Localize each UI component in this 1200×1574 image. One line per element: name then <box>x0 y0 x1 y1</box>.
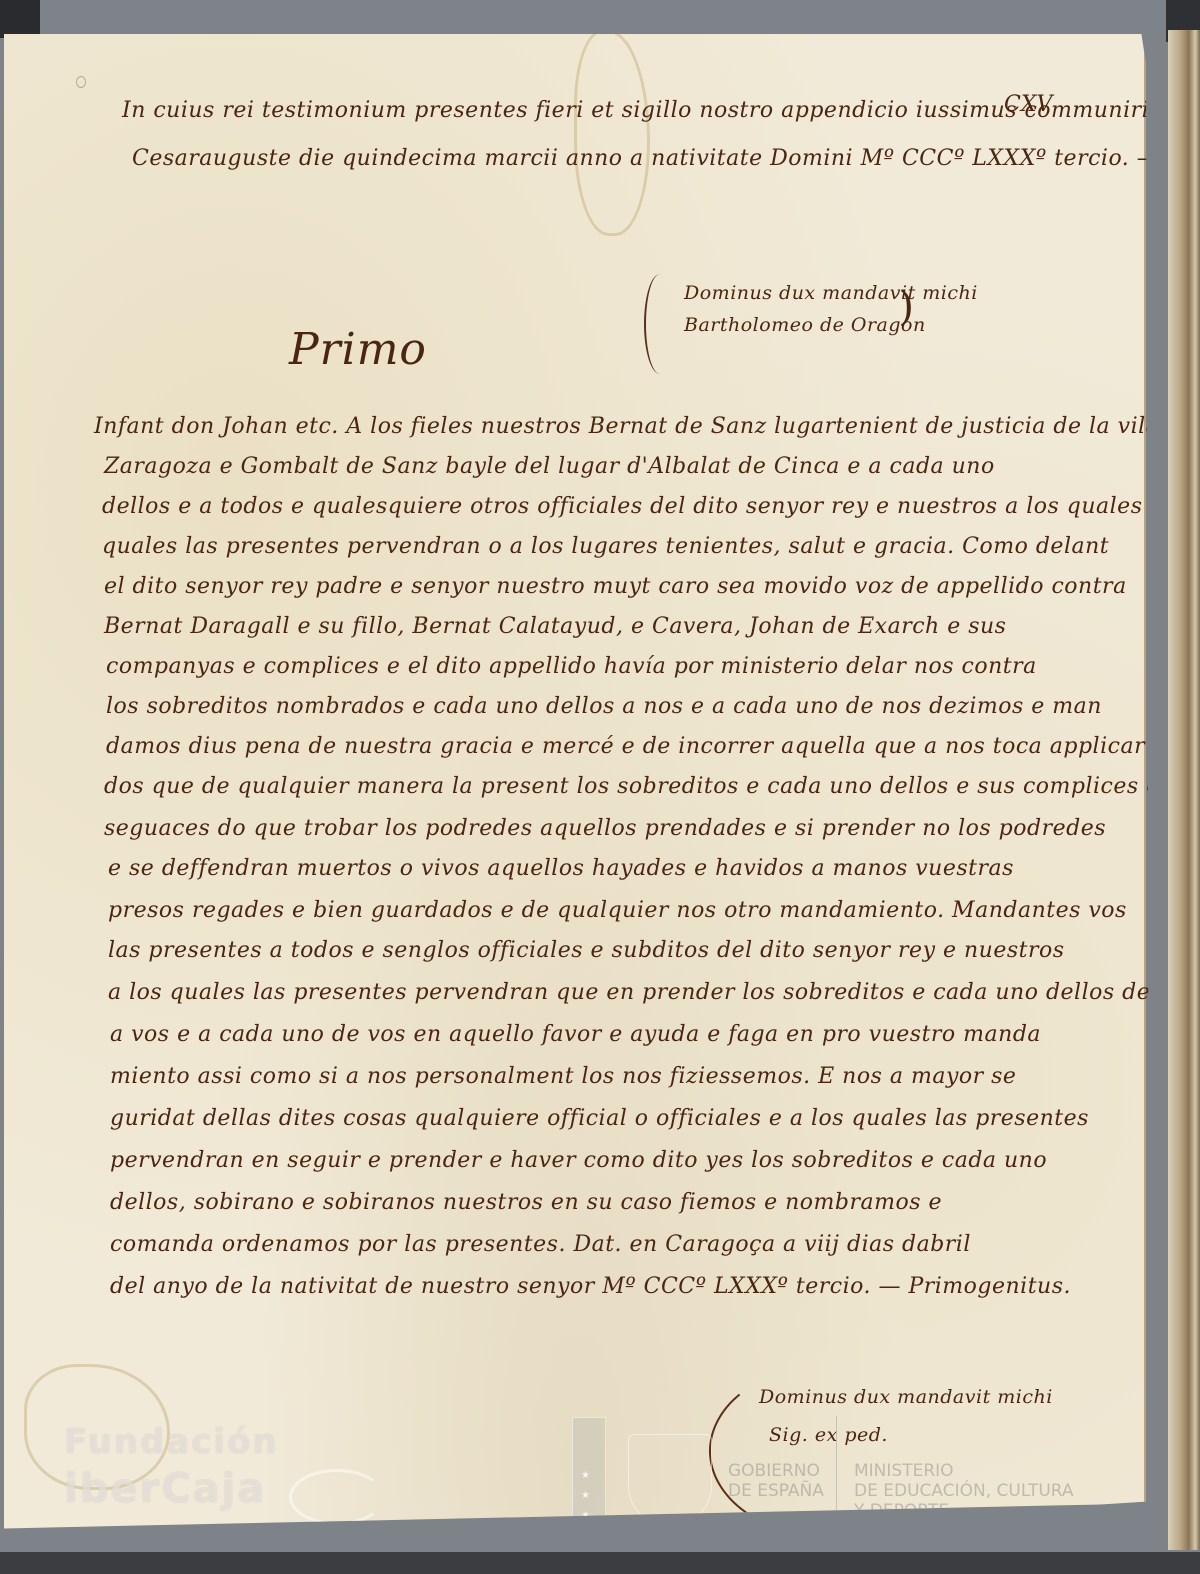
bracket-icon <box>644 274 676 374</box>
intitulatio: Primo <box>289 324 427 375</box>
gov-line: DE ESPAÑA <box>728 1481 824 1501</box>
watermark-ibercaja: iberCaja <box>64 1466 266 1512</box>
signature-line: Sig. ex ped. <box>769 1424 888 1446</box>
ibercaja-logo-icon <box>289 1469 385 1525</box>
body-line: comanda ordenamos por las presentes. Dat… <box>110 1232 971 1257</box>
note-line: Bartholomeo de Oragon <box>684 314 926 336</box>
body-line: damos dius pena de nuestra gracia e merc… <box>106 734 1145 759</box>
body-line: miento assi como si a nos personalment l… <box>110 1064 1016 1089</box>
book-binding-edge <box>1168 30 1200 1550</box>
ministry-line: MINISTERIO <box>854 1461 1074 1481</box>
watermark-fundacion: Fundación <box>64 1422 279 1462</box>
body-line: pervendran en seguir e prender e haver c… <box>110 1148 1047 1173</box>
body-line: Infant don Johan etc. A los fieles nuest… <box>94 414 1195 439</box>
spain-coat-of-arms-icon <box>628 1434 712 1526</box>
watermark-ministerio: MINISTERIO DE EDUCACIÓN, CULTURA Y DEPOR… <box>854 1461 1074 1521</box>
body-line: a vos e a cada uno de vos en aquello fav… <box>110 1022 1041 1047</box>
body-line: del anyo de la nativitat de nuestro seny… <box>110 1274 1071 1299</box>
body-line: los sobreditos nombrados e cada uno dell… <box>106 694 1102 719</box>
water-stain <box>574 30 650 236</box>
gov-line: GOBIERNO <box>728 1461 824 1481</box>
ministry-line: Y DEPORTE <box>854 1501 1074 1521</box>
body-line: las presentes a todos e senglos official… <box>108 938 1065 963</box>
body-line: dellos e a todos e qualesquiere otros of… <box>102 494 1164 519</box>
body-line: presos regades e bien guardados e de qua… <box>108 898 1127 923</box>
corner-shadow <box>0 0 40 38</box>
body-line: dellos, sobirano e sobiranos nuestros en… <box>110 1190 942 1215</box>
body-line: Zaragoza e Gombalt de Sanz bayle del lug… <box>104 454 995 479</box>
watermark-gobierno: GOBIERNO DE ESPAÑA <box>728 1461 824 1501</box>
body-line: guridat dellas dites cosas qualquiere of… <box>110 1106 1089 1131</box>
watermark-divider <box>836 1416 837 1546</box>
body-line: e se deffendran muertos o vivos aquellos… <box>108 856 1014 881</box>
header-line: In cuius rei testimonium presentes fieri… <box>122 98 1200 123</box>
body-line: Bernat Daragall e su fillo, Bernat Calat… <box>104 614 1006 639</box>
body-line: dos que de qualquier manera la present l… <box>104 774 1160 799</box>
punch-hole <box>76 76 86 88</box>
chancery-signature: Dominus dux mandavit michi Sig. ex ped. <box>709 1354 1039 1544</box>
manuscript-page: CXV In cuius rei testimonium presentes f… <box>4 34 1146 1536</box>
bottom-shadow <box>0 1552 1200 1574</box>
body-line: el dito senyor rey padre e senyor nuestr… <box>104 574 1127 599</box>
body-line: a los quales las presentes pervendran qu… <box>108 980 1165 1005</box>
body-line: seguaces do que trobar los podredes aque… <box>104 816 1106 841</box>
note-line: Dominus dux mandavit michi <box>684 282 978 304</box>
body-line: quales las presentes pervendran o a los … <box>102 534 1109 559</box>
body-line: companyas e complices e el dito appellid… <box>106 654 1037 679</box>
chancery-note: Dominus dux mandavit michi Bartholomeo d… <box>644 274 924 374</box>
ministry-line: DE EDUCACIÓN, CULTURA <box>854 1481 1074 1501</box>
spain-flag-icon: ★ ★ ★ <box>572 1417 606 1547</box>
bracket-icon: ) <box>898 284 914 330</box>
signature-line: Dominus dux mandavit michi <box>759 1386 1053 1408</box>
header-line: Cesarauguste die quindecima marcii anno … <box>132 146 1200 171</box>
